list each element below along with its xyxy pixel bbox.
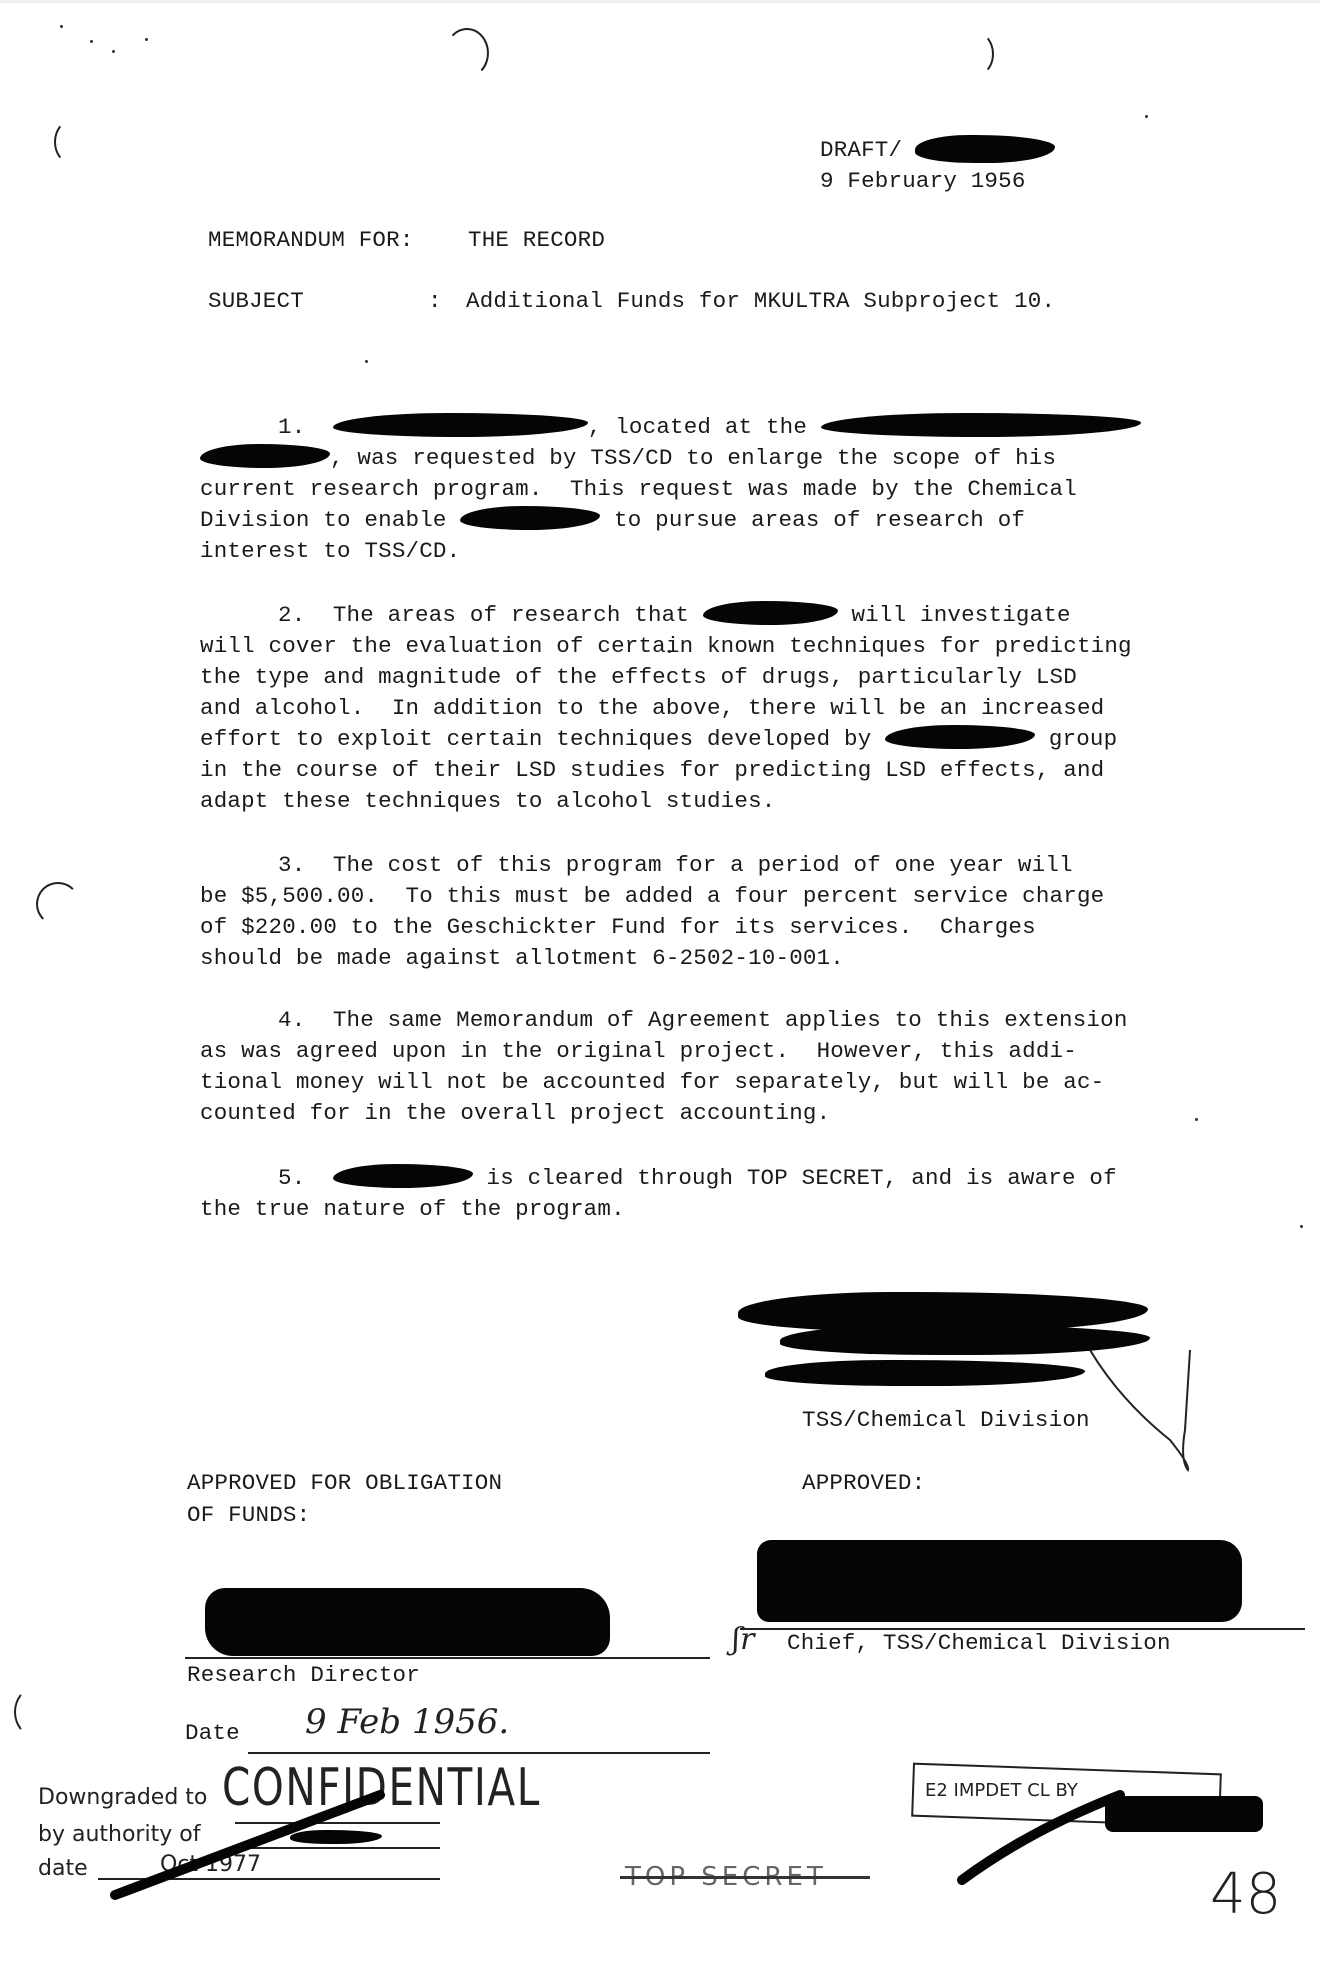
speck: [365, 360, 368, 363]
paragraph-text: the type and magnitude of the effects of…: [200, 664, 1077, 690]
paragraph-text: interest to TSS/CD.: [200, 538, 460, 564]
handwritten-date: 9 Feb 1956.: [305, 1702, 509, 1742]
paragraph-line: adapt these techniques to alcohol studie…: [200, 786, 1280, 817]
paragraph-3: 3. The cost of this program for a period…: [200, 850, 1280, 974]
paragraph-text: adapt these techniques to alcohol studie…: [200, 788, 776, 814]
paragraph-line: in the course of their LSD studies for p…: [200, 755, 1280, 786]
paragraph-text: current research program. This request w…: [200, 476, 1077, 502]
speck: [1300, 1225, 1303, 1228]
redaction: [703, 601, 838, 625]
paragraph-line: 5. is cleared through TOP SECRET, and is…: [200, 1163, 1280, 1194]
redaction-originator-signature-3: [765, 1360, 1085, 1386]
strikethrough-stroke-right: [950, 1780, 1150, 1890]
memo-page: DRAFT/ 9 February 1956 MEMORANDUM FOR: T…: [0, 0, 1320, 1976]
paragraph-2: 2. The areas of research that will inves…: [200, 600, 1280, 817]
redaction: [460, 506, 600, 530]
paragraph-text: in the course of their LSD studies for p…: [200, 757, 1104, 783]
paragraph-line: and alcohol. In addition to the above, t…: [200, 693, 1280, 724]
redaction: [821, 413, 1141, 437]
redaction: [200, 444, 330, 468]
paragraph-text: and alcohol. In addition to the above, t…: [200, 695, 1104, 721]
date-line: [248, 1752, 710, 1754]
paragraph-text: effort to exploit certain techniques dev…: [200, 726, 885, 752]
paragraph-text: tional money will not be accounted for s…: [200, 1069, 1104, 1095]
paragraph-1: 1. , located at the , was requested by T…: [200, 412, 1280, 567]
paragraph-line: will cover the evaluation of certain kno…: [200, 631, 1280, 662]
paragraph-number: 3.: [278, 852, 305, 878]
paragraph-line: 4. The same Memorandum of Agreement appl…: [200, 1005, 1280, 1036]
handwritten-initials: ʃr: [732, 1622, 755, 1657]
paragraph-text: , located at the: [588, 414, 821, 440]
paragraph-text: as was agreed upon in the original proje…: [200, 1038, 1077, 1064]
paragraph-text: The areas of research that: [333, 602, 703, 628]
paragraph-line: counted for in the overall project accou…: [200, 1098, 1280, 1129]
research-director-title: Research Director: [187, 1660, 420, 1691]
page-number: 48: [1210, 1862, 1281, 1927]
downgrade-date-label: date: [38, 1856, 88, 1881]
subject-label: SUBJECT: [208, 286, 304, 317]
redaction: [333, 413, 588, 437]
margin-mark-paren-top: [54, 120, 88, 164]
redaction: [333, 1164, 473, 1188]
paragraph-text: the true nature of the program.: [200, 1196, 625, 1222]
redaction-research-director-signature: [205, 1588, 610, 1656]
paragraph-text: Division to enable: [200, 507, 460, 533]
paragraph-line: 3. The cost of this program for a period…: [200, 850, 1280, 881]
paragraph-text: of $220.00 to the Geschickter Fund for i…: [200, 914, 1036, 940]
approved-label: APPROVED:: [802, 1468, 925, 1499]
paragraph-text: should be made against allotment 6-2502-…: [200, 945, 844, 971]
paragraph-5: 5. is cleared through TOP SECRET, and is…: [200, 1163, 1280, 1225]
paragraph-line: , was requested by TSS/CD to enlarge the…: [200, 443, 1280, 474]
memo-for-value: THE RECORD: [468, 225, 605, 256]
paragraph-line: 1. , located at the: [200, 412, 1280, 443]
paragraph-number: 4.: [278, 1007, 305, 1033]
chief-title: Chief, TSS/Chemical Division: [787, 1628, 1171, 1659]
redaction: [885, 725, 1035, 749]
paragraph-number: 1.: [278, 414, 305, 440]
speck: [1145, 115, 1148, 118]
paragraph-text: be $5,500.00. To this must be added a fo…: [200, 883, 1104, 909]
date-label: Date: [185, 1718, 240, 1749]
top-secret-strike: [620, 1876, 870, 1879]
speck: [112, 50, 115, 53]
paragraph-line: of $220.00 to the Geschickter Fund for i…: [200, 912, 1280, 943]
paragraph-number: 5.: [278, 1165, 305, 1191]
paragraph-text: to pursue areas of research of: [600, 507, 1025, 533]
speck: [145, 38, 148, 41]
paragraph-line: current research program. This request w…: [200, 474, 1280, 505]
paragraph-text: will cover the evaluation of certain kno…: [200, 633, 1132, 659]
paragraph-line: tional money will not be accounted for s…: [200, 1067, 1280, 1098]
paragraph-line: 2. The areas of research that will inves…: [200, 600, 1280, 631]
paragraph-4: 4. The same Memorandum of Agreement appl…: [200, 1005, 1280, 1129]
redaction-chief-signature: [757, 1540, 1242, 1622]
subject-separator: :: [428, 286, 442, 317]
speck: [90, 40, 93, 43]
subject-value: Additional Funds for MKULTRA Subproject …: [466, 286, 1055, 317]
paragraph-line: Division to enable to pursue areas of re…: [200, 505, 1280, 536]
paragraph-line: effort to exploit certain techniques dev…: [200, 724, 1280, 755]
originator-title: TSS/Chemical Division: [802, 1405, 1090, 1436]
redaction-draft-id: [915, 135, 1055, 163]
paragraph-text: group: [1035, 726, 1117, 752]
paragraph-text: The cost of this program for a period of…: [333, 852, 1073, 878]
paragraph-line: should be made against allotment 6-2502-…: [200, 943, 1280, 974]
strikethrough-stroke-left: [100, 1780, 390, 1910]
memo-for-label: MEMORANDUM FOR:: [208, 225, 414, 256]
paragraph-line: be $5,500.00. To this must be added a fo…: [200, 881, 1280, 912]
approved-for-obligation-label: APPROVED FOR OBLIGATION: [187, 1468, 502, 1499]
signature-line-research-director: [185, 1657, 710, 1659]
paragraph-text: , was requested by TSS/CD to enlarge the…: [330, 445, 1056, 471]
paragraph-line: the type and magnitude of the effects of…: [200, 662, 1280, 693]
draft-label: DRAFT/: [820, 135, 902, 166]
document-date: 9 February 1956: [820, 166, 1026, 197]
paragraph-text: counted for in the overall project accou…: [200, 1100, 830, 1126]
paragraph-number: 2.: [278, 602, 305, 628]
paragraph-line: as was agreed upon in the original proje…: [200, 1036, 1280, 1067]
paragraph-text: will investigate: [838, 602, 1071, 628]
margin-mark-arc-mid: [36, 882, 80, 926]
handwritten-signature-stroke: [1080, 1340, 1220, 1480]
paragraph-line: interest to TSS/CD.: [200, 536, 1280, 567]
scan-artifact-bracket-left: [445, 28, 489, 78]
of-funds-label: OF FUNDS:: [187, 1500, 310, 1531]
paragraph-line: the true nature of the program.: [200, 1194, 1280, 1225]
paragraph-text: The same Memorandum of Agreement applies…: [333, 1007, 1128, 1033]
scan-artifact-bracket-right: [960, 32, 994, 76]
paragraph-text: is cleared through TOP SECRET, and is aw…: [473, 1165, 1117, 1191]
speck: [60, 25, 63, 28]
margin-mark-paren-bottom: [14, 1688, 52, 1736]
